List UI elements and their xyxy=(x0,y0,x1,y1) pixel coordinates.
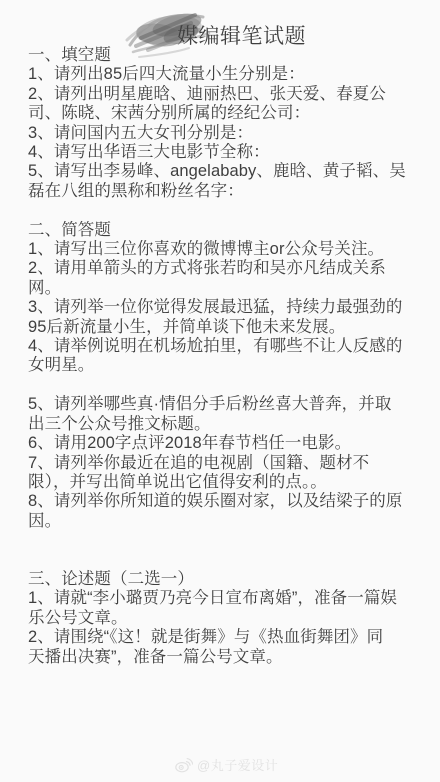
question-text: 4、请举例说明在机场尬拍里，有哪些不让人反感的 女明星。 xyxy=(28,337,434,376)
section-heading: 二、简答题 xyxy=(28,221,434,240)
question-text: 1、请列出85后四大流量小生分别是： xyxy=(28,65,434,84)
question-text: 5、请列举哪些真·情侣分手后粉丝喜大普奔，并取 出三个公众号推文标题。 xyxy=(28,395,434,434)
section-heading: 三、论述题（二选一） xyxy=(28,570,434,589)
section-heading: 一、填空题 xyxy=(28,46,434,65)
question-text: 5、请写出李易峰、angelababy、鹿晗、黄子韬、吴 磊在八组的黑称和粉丝名… xyxy=(28,162,434,201)
watermark-handle: @丸子爱设计 xyxy=(197,755,278,774)
question-text: 2、请围绕“《这！就是街舞》与《热血街舞团》同 天播出决赛”，准备一篇公号文章。 xyxy=(28,628,434,667)
question-text: 3、请问国内五大女刊分别是： xyxy=(28,124,434,143)
question-text: 3、请列举一位你觉得发展最迅猛，持续力最强劲的 95后新流量小生，并简单谈下他未… xyxy=(28,298,434,337)
question-text: 4、请写出华语三大电影节全称： xyxy=(28,143,434,162)
document-body: 一、填空题1、请列出85后四大流量小生分别是：2、请列出明星鹿晗、迪丽热巴、张天… xyxy=(28,46,434,667)
page: { "page": { "background_color": "#fafafa… xyxy=(0,0,440,782)
watermark: @丸子爱设计 xyxy=(175,755,278,774)
question-text: 6、请用200字点评2018年春节档任一电影。 xyxy=(28,434,434,453)
weibo-icon xyxy=(175,757,193,773)
question-text: 2、请用单箭头的方式将张若昀和吴亦凡结成关系 网。 xyxy=(28,259,434,298)
page-title: 媒编辑笔试题 xyxy=(177,26,306,48)
question-text: 2、请列出明星鹿晗、迪丽热巴、张天爱、春夏公 司、陈晓、宋茜分别所属的经纪公司： xyxy=(28,85,434,124)
question-text: 7、请列举你最近在追的电视剧（国籍、题材不 限），并写出简单说出它值得安利的点。… xyxy=(28,454,434,493)
question-text: 1、请写出三位你喜欢的微博博主or公众号关注。 xyxy=(28,240,434,259)
question-text: 1、请就“李小璐贾乃亮今日宣布离婚”，准备一篇娱 乐公号文章。 xyxy=(28,589,434,628)
question-text: 8、请列举你所知道的娱乐圈对家，以及结梁子的原 因。 xyxy=(28,492,434,531)
